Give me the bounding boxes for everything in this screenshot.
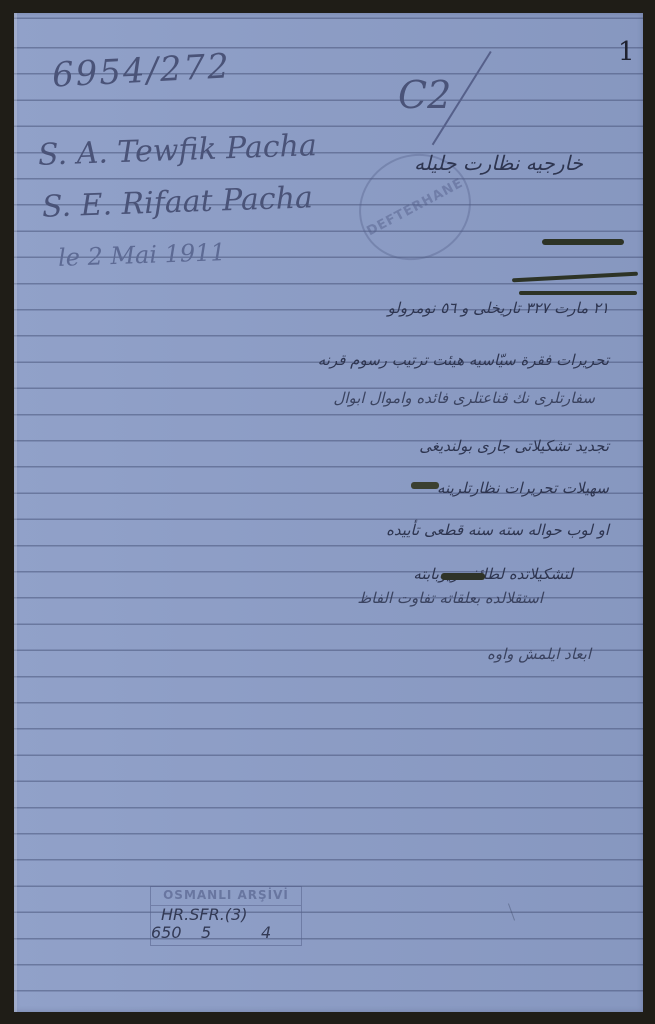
body-line: لتشكيلاتده لطائفه ريوبابته [413, 565, 573, 583]
date-line: le 2 Mai 1911 [58, 238, 227, 272]
archive-stamp: OSMANLI ARŞİVİ HR.SFR.(3) 650 5 4 [150, 886, 302, 946]
addressee-line: S. E. Rifaat Pacha [41, 180, 313, 224]
subject-line: خارجيه نظارت جليله [414, 151, 583, 175]
body-line: تحريرات فقرة سيّاسيه هيئت ترتيب رسوم قرن… [318, 351, 609, 369]
folio-number: 1 [618, 37, 635, 67]
body-line: ٢١ مارت ٣٢٧ تاريخلى و ٥٦ نومرولو [388, 299, 609, 317]
body-line: او لوب حواله سته سنه قطعى تأييده [386, 521, 609, 539]
pencil-tick-mark [508, 903, 515, 920]
archive-dossier-number: 650 [151, 923, 182, 942]
archive-shirt-number: 5 [201, 923, 211, 942]
body-line: تجديد تشكيلاتى جارى بولنديغى [419, 437, 609, 455]
archive-stamp-title: OSMANLI ARŞİVİ [151, 888, 301, 902]
body-line: ابعاد ايلمش واوه [487, 645, 591, 663]
addressee-line: S. A. Tewfik Pacha [37, 128, 317, 173]
reference-number: 6954/272 [51, 46, 232, 95]
crossed-out-word [411, 482, 439, 489]
category-mark: C2 [398, 73, 451, 117]
body-line: سهيلات تحريرات نظارتلرينه [437, 479, 609, 497]
body-line: سفارتلرى نك قناعتلرى فائده واموال ابوال [333, 389, 595, 407]
body-line: استقلالده بعلقاته تفاوت الفاظ [357, 589, 543, 607]
crossed-out-word [441, 573, 485, 580]
archive-fond-code: HR.SFR.(3) [161, 905, 247, 924]
round-stamp-text: DEFTERHANE [364, 175, 466, 238]
crossed-out-word [519, 291, 637, 295]
crossed-out-word [512, 272, 638, 283]
archive-page-number: 4 [261, 923, 271, 942]
document-page: 1 6954/272 C2 S. A. Tewfik Pacha S. E. R… [14, 13, 643, 1012]
crossed-out-word [542, 239, 624, 245]
